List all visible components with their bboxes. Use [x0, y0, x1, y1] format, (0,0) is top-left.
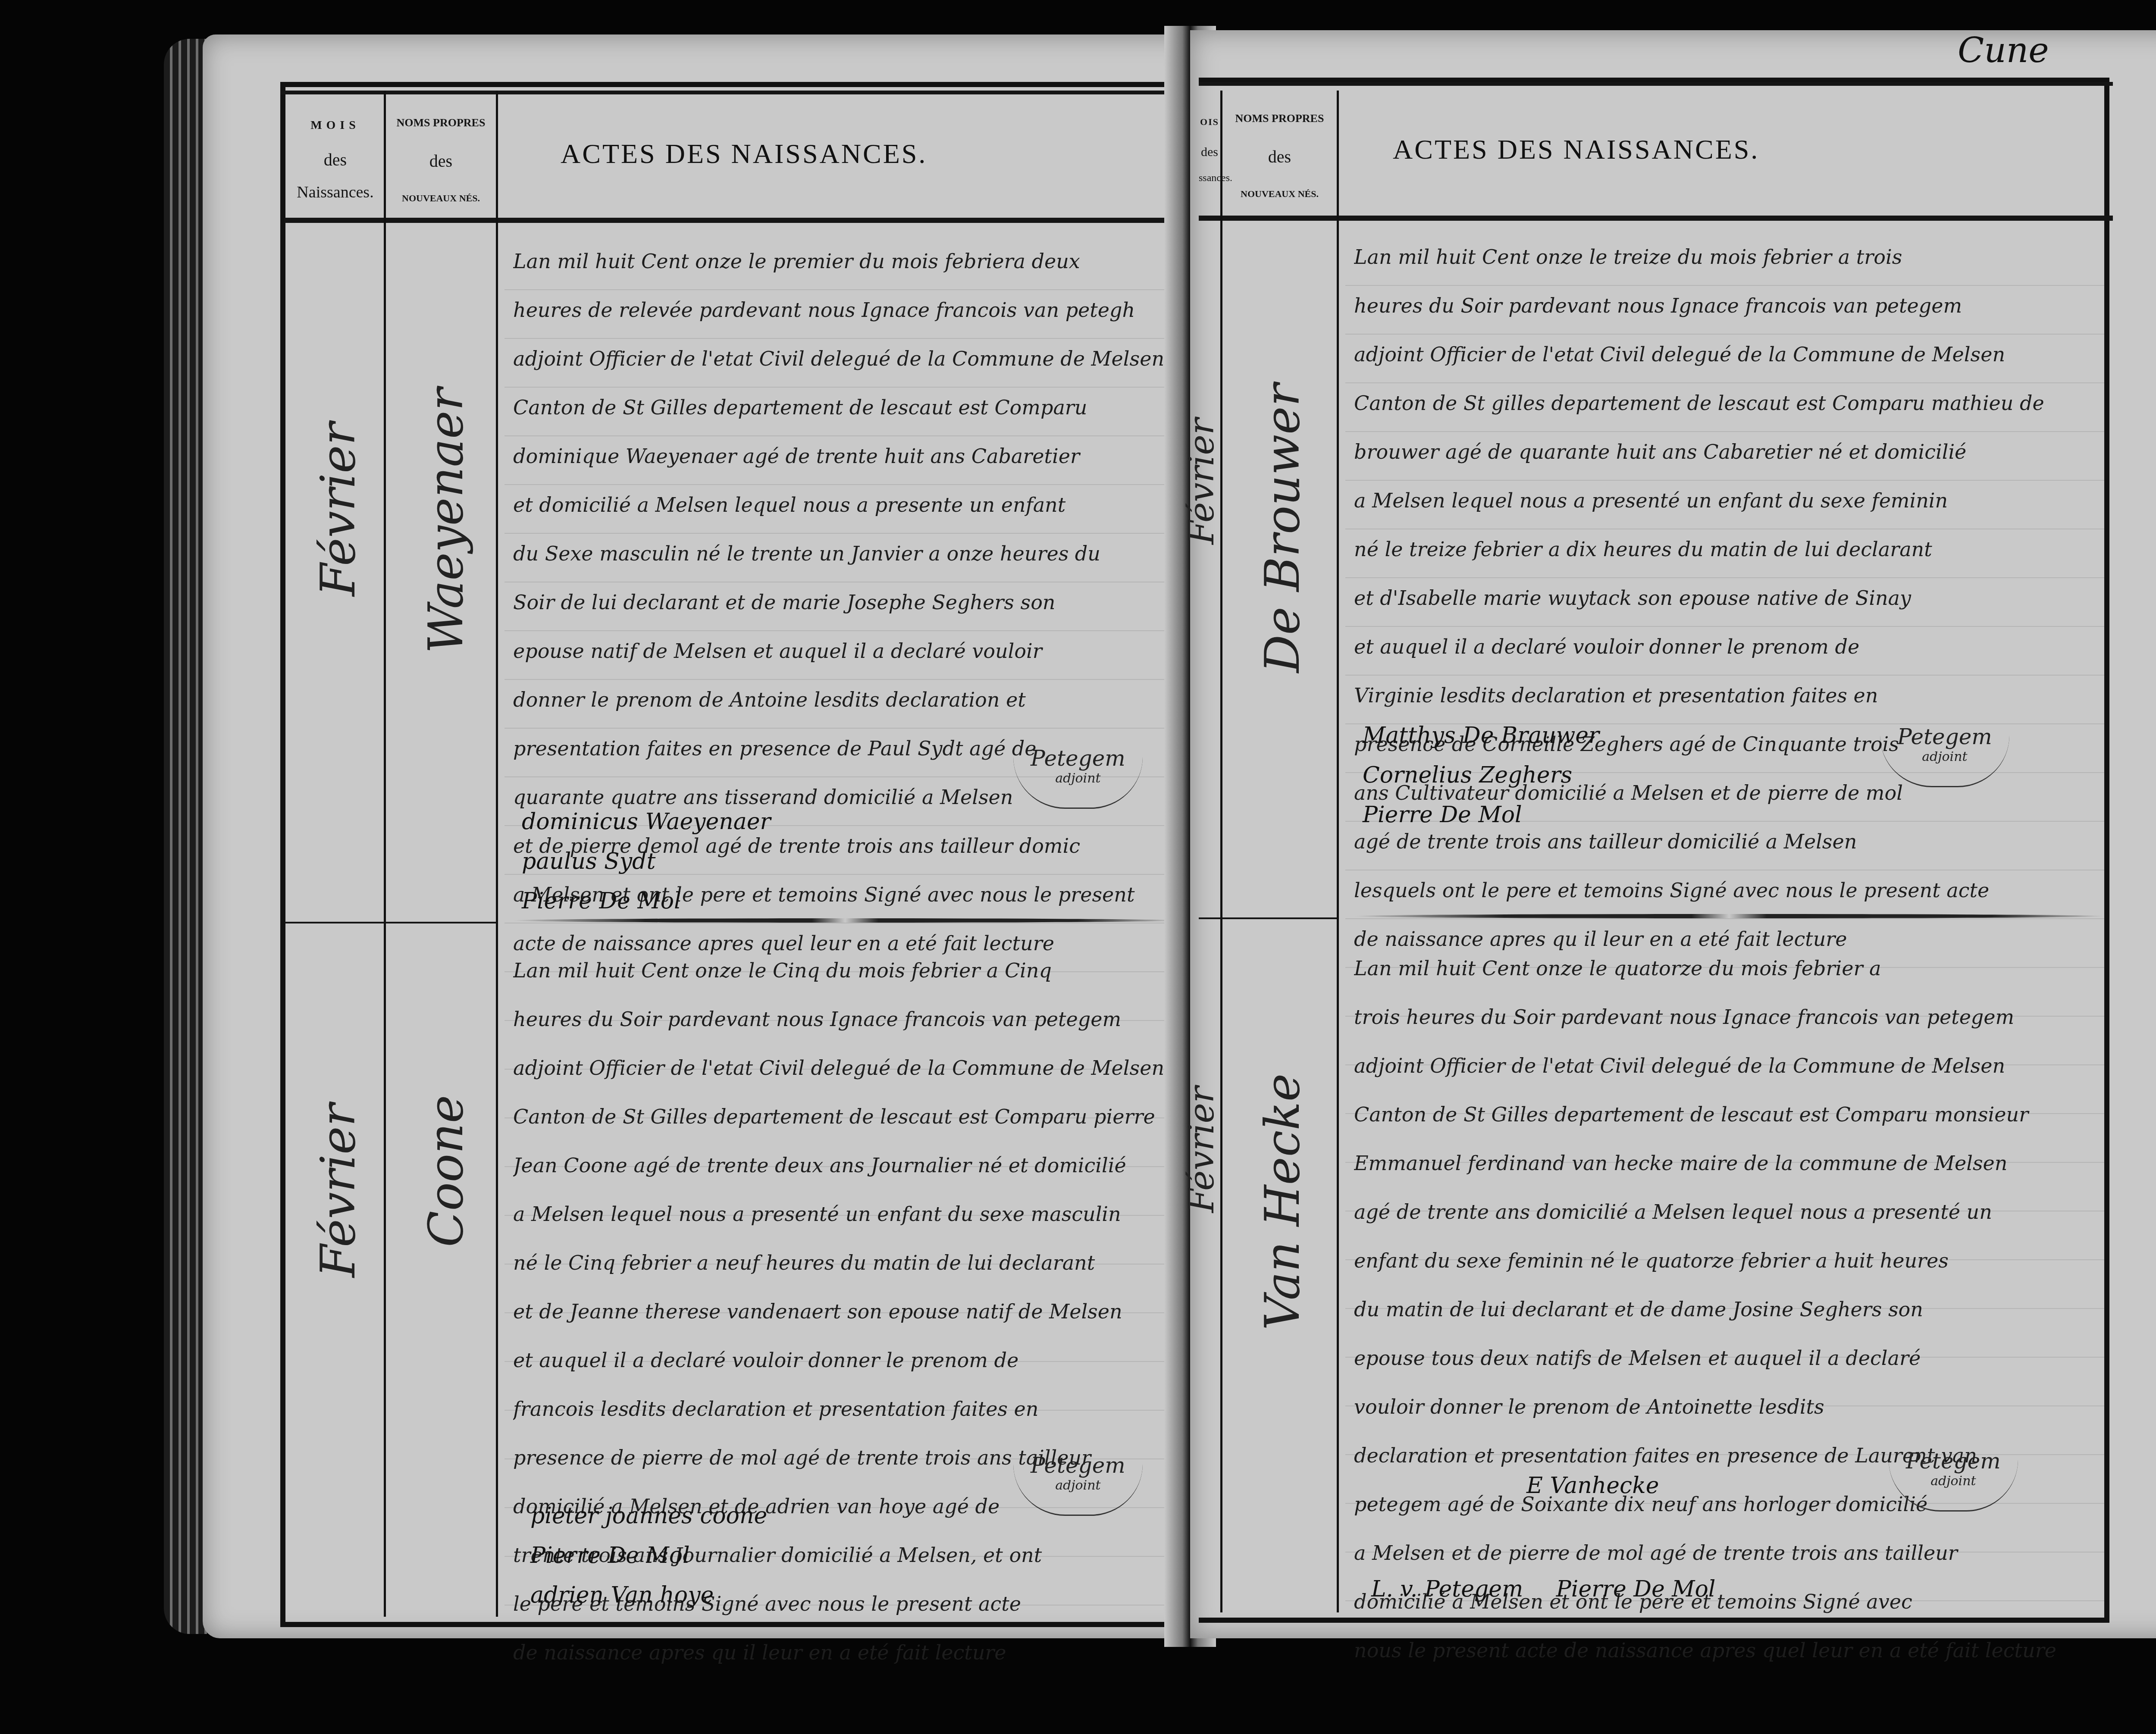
- signature: Pierre De Mol: [522, 881, 771, 921]
- entry-line: Canton de St Gilles departement de lesca…: [513, 1092, 1181, 1141]
- signature: pieter joannes coone: [530, 1496, 767, 1536]
- entry-line: né le treize febrier a dix heures du mat…: [1354, 525, 2104, 574]
- entry-child-name: De Brouwer: [1255, 384, 1310, 673]
- entry-line: heures du Soir pardevant nous Ignace fra…: [1354, 282, 2104, 330]
- signature: Cornelius Zeghers: [1363, 755, 1599, 795]
- official-name: Petegem: [1906, 1449, 2001, 1474]
- entry-line: enfant du sexe feminin né le quatorze fe…: [1354, 1236, 2104, 1285]
- signature: dominicus Waeyenaer: [522, 802, 771, 842]
- entry-line: adjoint Officier de l'etat Civil delegué…: [513, 1044, 1181, 1092]
- witness-signatures: dominicus Waeyenaer paulus Sydt Pierre D…: [522, 802, 771, 921]
- header-rule-bottom: [1199, 216, 2113, 221]
- header-month-line1: MOIS: [287, 119, 384, 132]
- entry-line: francois lesdits declaration et presenta…: [513, 1385, 1181, 1434]
- entry-line: de naissance apres qu il leur en a eté f…: [513, 1628, 1181, 1677]
- header-name-column: NOMS PROPRES des NOUVEAUX NÉS.: [1222, 112, 1337, 200]
- signature: E Vanhecke: [1526, 1466, 1659, 1506]
- entry-line: Canton de St Gilles departement de lesca…: [1354, 1090, 2104, 1139]
- entry-line: Canton de St gilles departement de lesca…: [1354, 379, 2104, 428]
- official-name: Petegem: [1031, 746, 1125, 771]
- entry-line: dominique Waeyenaer agé de trente huit a…: [513, 432, 1181, 481]
- entry-line: trois heures du Soir pardevant nous Igna…: [1354, 993, 2104, 1042]
- book-left-page-edges: [164, 39, 207, 1634]
- entry-line: a Melsen lequel nous a presenté un enfan…: [1354, 476, 2104, 525]
- entry-line: Emmanuel ferdinand van hecke maire de la…: [1354, 1139, 2104, 1188]
- entry-line: adjoint Officier de l'etat Civil delegué…: [1354, 1042, 2104, 1090]
- entry-line: et de Jeanne therese vandenaert son epou…: [513, 1287, 1181, 1336]
- signature: Pierre De Mol: [1363, 795, 1599, 835]
- entry-line: et d'Isabelle marie wuytack son epouse n…: [1354, 574, 2104, 623]
- entry-line: brouwer agé de quarante huit ans Cabaret…: [1354, 428, 2104, 476]
- entry-line: heures de relevée pardevant nous Ignace …: [513, 286, 1181, 335]
- corner-annotation: Cune: [1958, 30, 2049, 70]
- signature: adrien Van hoye: [530, 1575, 767, 1615]
- entry-line: Lan mil huit Cent onze le premier du moi…: [513, 237, 1181, 286]
- entry-line: du Sexe masculin né le trente un Janvier…: [513, 529, 1181, 578]
- entry-child-name: Van Hecke: [1255, 1074, 1310, 1330]
- entry-line: et auquel il a declaré vouloir donner le…: [513, 1336, 1181, 1385]
- header-rule-top: [280, 91, 1186, 94]
- official-title: adjoint: [1031, 1478, 1125, 1493]
- witness-signatures: L. v. Petegem Pierre De Mol: [1371, 1569, 1715, 1609]
- entry-line: Soir de lui declarant et de marie Joseph…: [513, 578, 1181, 627]
- entry-line: Lan mil huit Cent onze le quatorze du mo…: [1354, 944, 2104, 993]
- entry-child-name: Coone: [418, 1095, 473, 1247]
- column-divider-month: [1220, 91, 1222, 1612]
- entry-line: et domicilié a Melsen lequel nous a pres…: [513, 481, 1181, 529]
- header-rule-top: [1199, 82, 2113, 86]
- header-name-line3: NOUVEAUX NÉS.: [386, 193, 496, 204]
- entry-line: Jean Coone agé de trente deux ans Journa…: [513, 1141, 1181, 1190]
- header-month-line2: des: [287, 150, 384, 170]
- entry-line: agé de trente ans domicilié a Melsen leq…: [1354, 1188, 2104, 1236]
- official-title: adjoint: [1031, 771, 1125, 786]
- entry-line: du matin de lui declarant et de dame Jos…: [1354, 1285, 2104, 1334]
- column-divider-name: [1337, 91, 1339, 1612]
- header-name-line2: des: [1222, 147, 1337, 167]
- official-title: adjoint: [1897, 749, 1992, 764]
- entry-line: heures du Soir pardevant nous Ignace fra…: [513, 995, 1181, 1044]
- column-divider-month: [384, 91, 386, 1617]
- entry-child-name: Waeyenaer: [418, 388, 473, 654]
- entry-line: nous le present acte de naissance apres …: [1354, 1626, 2104, 1675]
- left-page: MOIS des Naissances. NOMS PROPRES des NO…: [203, 34, 1194, 1638]
- signature: L. v. Petegem: [1371, 1576, 1523, 1602]
- witness-signatures: pieter joannes coone Pierre De Mol adrie…: [530, 1496, 767, 1615]
- entry-line: a Melsen lequel nous a presenté un enfan…: [513, 1190, 1181, 1239]
- signature: Matthys De Brauwer: [1363, 716, 1599, 755]
- header-month-line3: Naissances.: [287, 183, 384, 202]
- entry-month: Février: [310, 423, 366, 596]
- entry-line: vouloir donner le prenom de Antoinette l…: [1354, 1383, 2104, 1431]
- signature: paulus Sydt: [522, 842, 771, 881]
- header-month-line3: ssances.: [1199, 172, 1220, 184]
- header-month-line1: OIS: [1199, 116, 1220, 128]
- entry-line: Lan mil huit Cent onze le treize du mois…: [1354, 233, 2104, 282]
- header-month-column: MOIS des Naissances.: [287, 119, 384, 202]
- page-title: ACTES DES NAISSANCES.: [1393, 134, 1759, 166]
- column-divider-name: [496, 91, 498, 1617]
- entry-month: Février: [1181, 1086, 1222, 1213]
- header-name-column: NOMS PROPRES des NOUVEAUX NÉS.: [386, 116, 496, 204]
- row-divider: [285, 922, 496, 923]
- entry-line: Lan mil huit Cent onze le Cinq du mois f…: [513, 946, 1181, 995]
- header-name-line2: des: [386, 151, 496, 171]
- birth-entry-text: Lan mil huit Cent onze le treize du mois…: [1354, 233, 2104, 964]
- official-name: Petegem: [1897, 724, 1992, 749]
- header-month-line2: des: [1199, 145, 1220, 160]
- header-name-line3: NOUVEAUX NÉS.: [1222, 188, 1337, 200]
- signature: Pierre De Mol: [1556, 1576, 1716, 1602]
- witness-signature-mayor: E Vanhecke: [1526, 1466, 1659, 1506]
- entry-line: adjoint Officier de l'etat Civil delegué…: [1354, 330, 2104, 379]
- row-divider: [1199, 917, 1337, 919]
- entry-divider-flourish: [513, 918, 1177, 923]
- entry-line: lesquels ont le pere et temoins Signé av…: [1354, 866, 2104, 915]
- entry-line: adjoint Officier de l'etat Civil delegué…: [513, 335, 1181, 383]
- entry-line: né le Cinq febrier a neuf heures du mati…: [513, 1239, 1181, 1287]
- header-rule-bottom: [285, 218, 1186, 223]
- entry-line: epouse tous deux natifs de Melsen et auq…: [1354, 1334, 2104, 1383]
- entry-divider-flourish: [1354, 914, 2104, 918]
- entry-month: Février: [1181, 418, 1222, 545]
- entry-month: Février: [310, 1104, 366, 1277]
- entry-line: epouse natif de Melsen et auquel il a de…: [513, 627, 1181, 676]
- header-name-line1: NOMS PROPRES: [1222, 112, 1337, 125]
- official-name: Petegem: [1031, 1453, 1125, 1478]
- header-month-column: OIS des ssances.: [1199, 116, 1220, 184]
- entry-line: donner le prenom de Antoine lesdits decl…: [513, 676, 1181, 724]
- signature: Pierre De Mol: [530, 1536, 767, 1575]
- official-title: adjoint: [1906, 1474, 2001, 1489]
- birth-entry-text: Lan mil huit Cent onze le quatorze du mo…: [1354, 944, 2104, 1675]
- entry-line: et auquel il a declaré vouloir donner le…: [1354, 623, 2104, 671]
- witness-signatures: Matthys De Brauwer Cornelius Zeghers Pie…: [1363, 716, 1599, 835]
- entry-line: Canton de St Gilles departement de lesca…: [513, 383, 1181, 432]
- right-page: OIS des ssances. NOMS PROPRES des NOUVEA…: [1190, 30, 2156, 1638]
- page-title: ACTES DES NAISSANCES.: [561, 138, 927, 170]
- entry-line: Virginie lesdits declaration et presenta…: [1354, 671, 2104, 720]
- header-name-line1: NOMS PROPRES: [386, 116, 496, 129]
